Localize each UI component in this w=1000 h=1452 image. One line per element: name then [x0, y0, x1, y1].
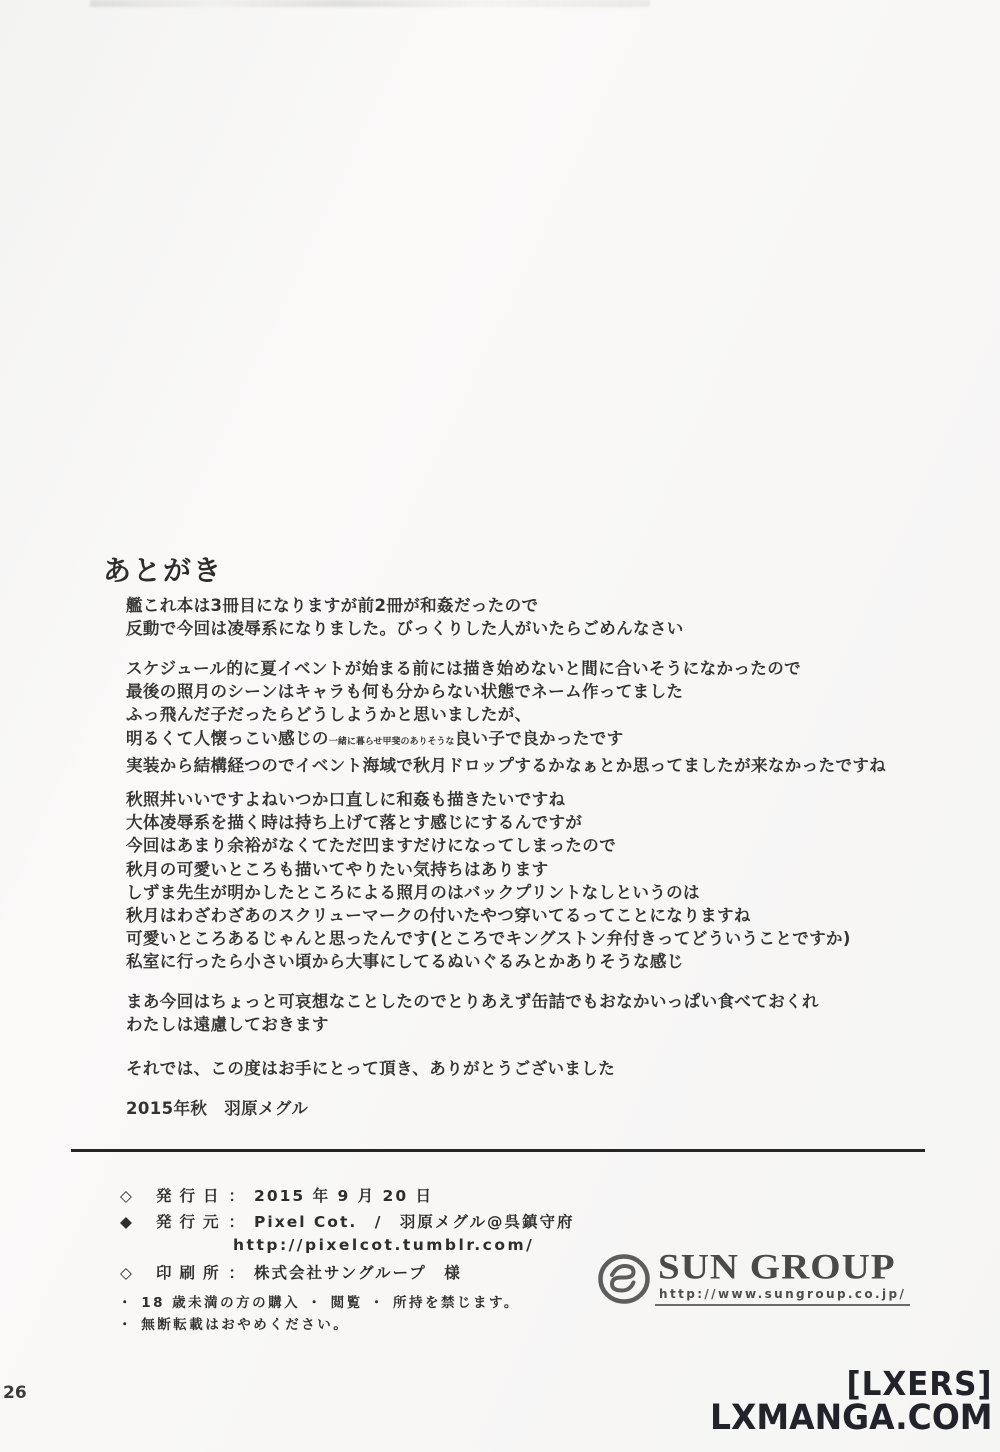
diamond-outline-icon: ◇ — [120, 1187, 156, 1205]
text-segment: 良い子で良かったです — [455, 729, 624, 748]
text-line: 反動で今回は凌辱系になりました。びっくりした人がいたらごめんなさい — [126, 617, 926, 640]
text-line: ふっ飛んだ子だったらどうしようかと思いましたが、 — [126, 703, 926, 726]
afterword-paragraph-4: まあ今回はちょっと可哀想なことしたのでとりあえず缶詰でもおなかいっぱい食べておく… — [126, 990, 926, 1036]
colophon-separator: ： — [229, 1184, 247, 1206]
afterword-paragraph-2: スケジュール的に夏イベントが始まる前には描き始めないと間に合いそうになかったので… — [126, 657, 926, 777]
text-line: 艦これ本は3冊目になりますが前2冊が和姦だったので — [126, 594, 926, 617]
colophon-value: 株式会社サングループ 様 — [254, 1264, 462, 1282]
colophon-row-printer: ◇印刷所：株式会社サングループ 様 — [120, 1261, 462, 1283]
horizontal-rule — [71, 1149, 925, 1152]
text-line: 秋照丼いいですよねいつか口直しに和姦も描きたいですね — [126, 788, 926, 811]
sun-group-logo: SUN GROUP http://www.sungroup.co.jp/ — [597, 1250, 887, 1312]
text-segment: 明るくて人懐っこい感じの — [126, 729, 329, 748]
colophon-separator: ： — [229, 1210, 247, 1232]
text-line: わたしは遠慮しておきます — [126, 1013, 926, 1036]
text-line: 最後の照月のシーンはキャラも何も分からない状態でネーム作ってました — [126, 680, 926, 703]
scan-artifact-top-edge — [90, 0, 650, 7]
colophon-value: 2015 年 9 月 20 日 — [254, 1187, 433, 1205]
text-line: スケジュール的に夏イベントが始まる前には描き始めないと間に合いそうになかったので — [126, 657, 926, 680]
publisher-url: http://pixelcot.tumblr.com/ — [233, 1236, 534, 1254]
text-line-with-ruby: 明るくて人懐っこい感じの一緒に暮らせ甲斐のありそうな良い子で良かったです — [126, 727, 926, 754]
watermark-site-name: LXMANGA.COM — [711, 1401, 993, 1436]
diamond-outline-icon: ◇ — [120, 1264, 156, 1282]
afterword-title: あとがき — [103, 549, 223, 589]
text-line: 実装から結構経つのでイベント海域で秋月ドロップするかなぁとか思ってましたが来なか… — [126, 754, 926, 777]
age-restriction-notice: ・ 18 歳未満の方の購入 ・ 閲覧 ・ 所持を禁じます。 — [118, 1291, 520, 1311]
text-line: 今回はあまり余裕がなくてただ凹ますだけになってしまったので — [126, 834, 926, 857]
text-line: 大体凌辱系を描く時は持ち上げて落とす感じにするんですが — [126, 811, 926, 834]
afterword-paragraph-1: 艦これ本は3冊目になりますが前2冊が和姦だったので 反動で今回は凌辱系になりまし… — [126, 594, 926, 640]
no-reproduction-notice: ・ 無断転載はおやめください。 — [118, 1313, 349, 1333]
afterword-paragraph-3: 秋照丼いいですよねいつか口直しに和姦も描きたいですね 大体凌辱系を描く時は持ち上… — [126, 788, 926, 974]
sun-group-url: http://www.sungroup.co.jp/ — [655, 1287, 910, 1306]
site-watermark: [LXERS] LXMANGA.COM — [711, 1367, 993, 1436]
text-line: しずま先生が明かしたところによる照月のはバックプリントなしというのは — [126, 881, 926, 904]
watermark-group-tag: [LXERS] — [711, 1367, 993, 1400]
diamond-filled-icon: ◆ — [120, 1213, 156, 1231]
colophon-label: 発行元 — [156, 1210, 227, 1232]
afterword-closing-line: それでは、この度はお手にとって頂き、ありがとうございました — [126, 1057, 926, 1080]
colophon-label: 印刷所 — [156, 1261, 227, 1283]
page-number: 26 — [3, 1383, 27, 1403]
sun-group-mark-icon — [597, 1253, 651, 1305]
colophon-row-publisher: ◆発行元：Pixel Cot. / 羽原メグル@呉鎮守府 — [120, 1210, 574, 1232]
sun-group-wordmark: SUN GROUP — [658, 1246, 896, 1288]
scanned-afterword-page: あとがき 艦これ本は3冊目になりますが前2冊が和姦だったので 反動で今回は凌辱系… — [0, 0, 1000, 1452]
colophon-label: 発行日 — [156, 1184, 227, 1206]
colophon-separator: ： — [229, 1261, 247, 1283]
text-line: 秋月の可愛いところも描いてやりたい気持ちはあります — [126, 858, 926, 881]
text-line: 秋月はわざわざあのスクリューマークの付いたやつ穿いてるってことになりますね — [126, 904, 926, 927]
text-line: 可愛いところあるじゃんと思ったんです(ところでキングストン弁付きってどういうこと… — [126, 927, 926, 950]
colophon-value: Pixel Cot. / 羽原メグル@呉鎮守府 — [254, 1213, 574, 1231]
text-line: 私室に行ったら小さい頃から大事にしてるぬいぐるみとかありそうな感じ — [126, 950, 926, 973]
author-signature: 2015年秋 羽原メグル — [126, 1097, 926, 1120]
colophon-row-publish-date: ◇発行日：2015 年 9 月 20 日 — [120, 1184, 433, 1206]
small-aside-text: 一緒に暮らせ甲斐のありそうな — [329, 737, 455, 747]
text-line: まあ今回はちょっと可哀想なことしたのでとりあえず缶詰でもおなかいっぱい食べておく… — [126, 990, 926, 1013]
